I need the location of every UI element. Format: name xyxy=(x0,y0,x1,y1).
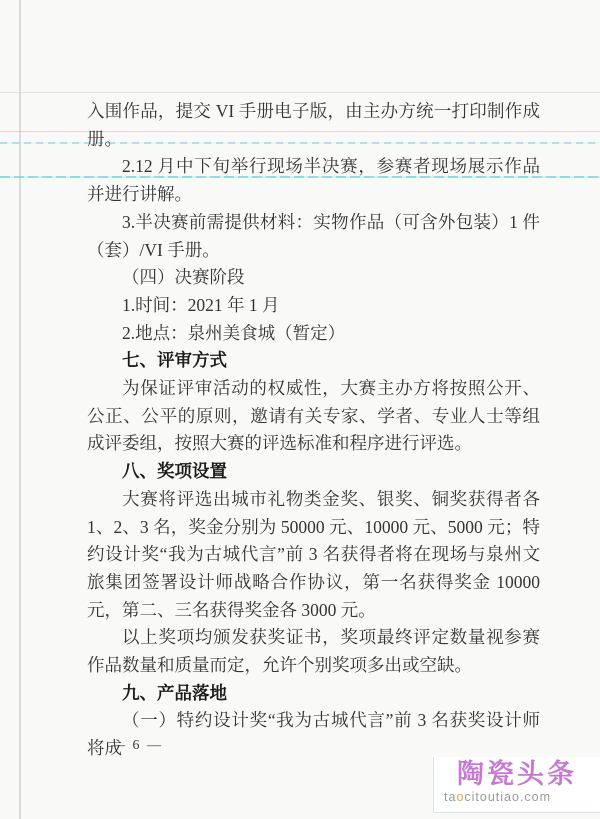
line-final-location: 2.地点：泉州美食城（暂定） xyxy=(87,320,540,348)
section-heading-awards: 八、奖项设置 xyxy=(87,458,540,486)
paragraph-review-method: 为保证评审活动的权威性，大赛主办方将按照公开、公正、公平的原则，邀请有关专家、学… xyxy=(87,375,540,458)
scan-artifact-vertical-line xyxy=(19,0,21,819)
subheading-final-stage: （四）决赛阶段 xyxy=(87,264,540,292)
page-number: — 6 — xyxy=(111,738,163,754)
paragraph-awards-certificates: 以上奖项均颁发获奖证书，奖项最终评定数量视参赛作品数量和质量而定，允许个别奖项多… xyxy=(87,624,540,679)
section-heading-review-method: 七、评审方式 xyxy=(87,347,540,375)
paragraph-continuation: 入围作品，提交 VI 手册电子版，由主办方统一打印制作成册。 xyxy=(87,98,540,153)
document-body: 入围作品，提交 VI 手册电子版，由主办方统一打印制作成册。 2.12 月中下旬… xyxy=(87,98,540,763)
taocitoutiao-logo: 陶瓷头条 xyxy=(434,757,600,791)
watermark-box: 陶瓷头条 taocitoutiao.com xyxy=(433,757,600,813)
line-final-time: 1.时间：2021 年 1 月 xyxy=(87,292,540,320)
scanned-document-page: 入围作品，提交 VI 手册电子版，由主办方统一打印制作成册。 2.12 月中下旬… xyxy=(0,0,600,819)
paragraph-product-landing: （一）特约设计奖“我为古城代言”前 3 名获奖设计师将成 xyxy=(87,707,540,762)
paragraph-semifinal-event: 2.12 月中下旬举行现场半决赛，参赛者现场展示作品并进行讲解。 xyxy=(87,153,540,208)
watermark-url-part2: citoutiao.com xyxy=(464,790,551,804)
section-heading-product-landing: 九、产品落地 xyxy=(87,680,540,708)
watermark-url-part1: ta xyxy=(444,790,456,804)
paragraph-semifinal-materials: 3.半决赛前需提供材料：实物作品（可含外包装）1 件（套）/VI 手册。 xyxy=(87,209,540,264)
watermark-url: taocitoutiao.com xyxy=(434,790,600,805)
scan-artifact-gray-line xyxy=(0,92,600,93)
paragraph-awards-detail: 大赛将评选出城市礼物类金奖、银奖、铜奖获得者各 1、2、3 名，奖金分别为 50… xyxy=(87,486,540,625)
